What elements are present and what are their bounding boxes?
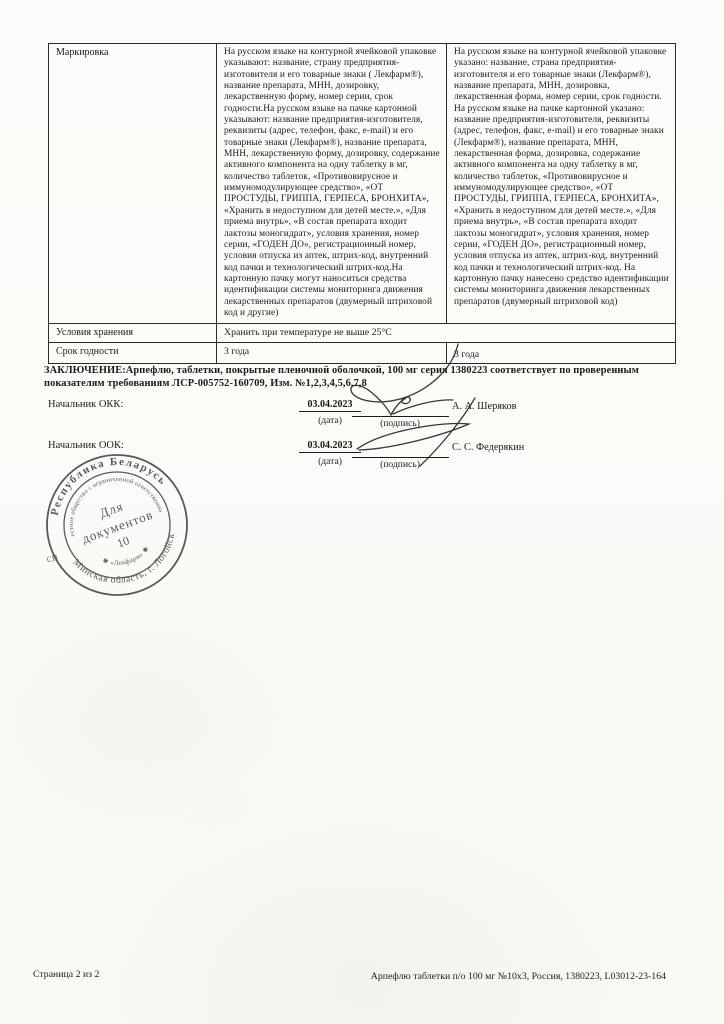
specification-table: Маркировка На русском языке на контурной… (48, 43, 676, 364)
document-reference: Арпефлю таблетки п/о 100 мг №10х3, Росси… (371, 971, 666, 982)
okk-autograph-stroke (351, 344, 458, 415)
storage-row-label: Условия хранения (49, 324, 217, 342)
scanned-document-page: Маркировка На русском языке на контурной… (0, 0, 724, 1024)
marking-requirements-cell: На русском языке на контурной ячейковой … (217, 44, 447, 323)
ook-autograph-stroke (357, 423, 469, 450)
stamp-center-line3: 10 (115, 533, 131, 550)
company-round-stamp: Республика Беларусь Минская область, г. … (33, 441, 201, 609)
okk-role-label: Начальник ОКК: (48, 399, 123, 410)
shelf-life-row-label: Срок годности (49, 343, 217, 363)
page-number-label: Страница 2 из 2 (33, 969, 99, 980)
marking-result-cell: На русском языке на контурной ячейковой … (447, 44, 675, 323)
handwritten-signatures (330, 332, 490, 472)
marking-row-label: Маркировка (49, 44, 217, 323)
table-row-marking: Маркировка На русском языке на контурной… (49, 44, 675, 323)
